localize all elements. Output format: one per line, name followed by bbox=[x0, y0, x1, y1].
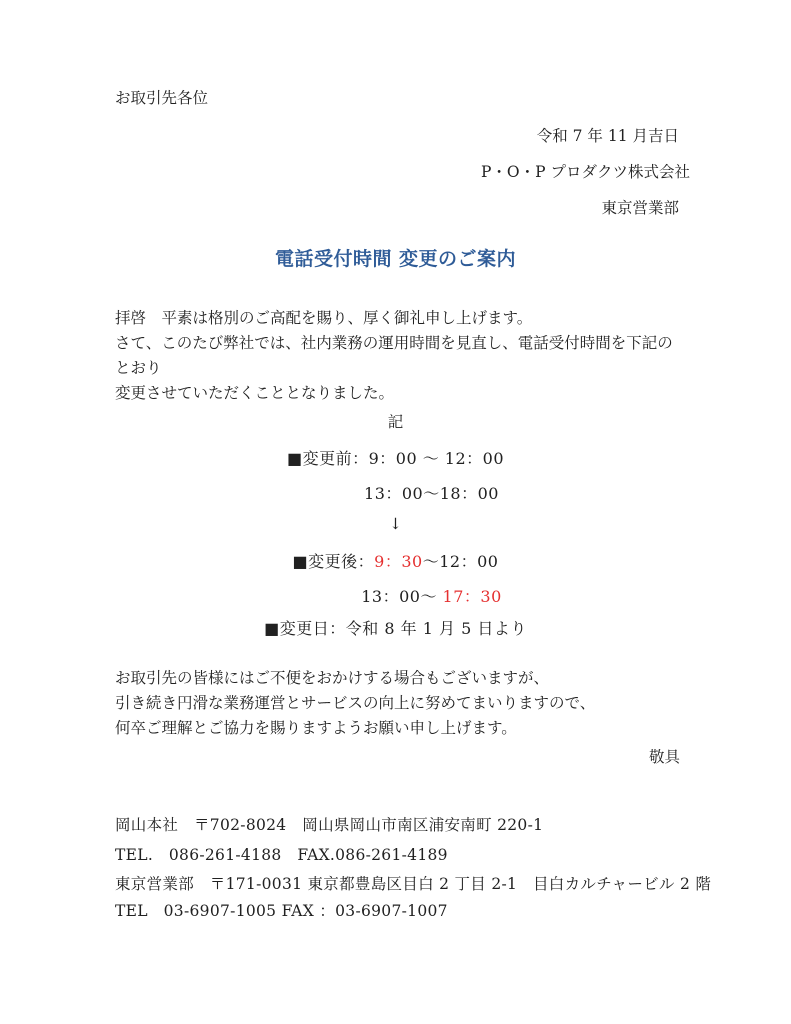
before-hours-line: ■変更前：9：00 ～ 12：00 bbox=[0, 449, 791, 470]
after-time-morning-rest: 〜12：00 bbox=[423, 552, 499, 571]
before-time-morning: 9：00 ～ 12：00 bbox=[369, 449, 504, 468]
document-page: お取引先各位 令和 7 年 11 月吉日 P・O・P プロダクツ株式会社 東京営… bbox=[0, 0, 791, 1024]
after-time-afternoon-line: 13：00〜 17：30 bbox=[36, 587, 791, 608]
after-time-afternoon-end: 17：30 bbox=[443, 587, 502, 606]
after-label: ■変更後： bbox=[293, 552, 375, 571]
after-hours-line: ■変更後：9：30〜12：00 bbox=[0, 552, 791, 573]
closing-paragraph: お取引先の皆様にはご不便をおかけする場合もございますが、 引き続き円滑な業務運営… bbox=[115, 666, 687, 741]
before-label: ■変更前： bbox=[287, 449, 369, 468]
company-name-line: P・O・P プロダクツ株式会社 bbox=[115, 162, 690, 182]
department-line: 東京営業部 bbox=[115, 198, 679, 218]
sign-off: 敬具 bbox=[115, 747, 680, 767]
after-time-afternoon-prefix: 13：00〜 bbox=[361, 587, 442, 606]
date-line: 令和 7 年 11 月吉日 bbox=[115, 126, 679, 146]
effective-date-line: ■変更日：令和 8 年 1 月 5 日より bbox=[0, 619, 791, 640]
tokyo-office-address: 東京営業部 〒171-0031 東京都豊島区目白 2 丁目 2-1 目白カルチャ… bbox=[115, 874, 687, 894]
record-mark: 記 bbox=[0, 412, 791, 432]
recipient-line: お取引先各位 bbox=[115, 88, 687, 108]
head-office-tel-fax: TEL. 086-261-4188 FAX.086-261-4189 bbox=[115, 845, 687, 865]
before-time-afternoon: 13：00〜18：00 bbox=[36, 484, 791, 505]
tokyo-office-tel-fax: TEL 03-6907-1005 FAX ：03-6907-1007 bbox=[115, 901, 687, 921]
head-office-address: 岡山本社 〒702-8024 岡山県岡山市南区浦安南町 220-1 bbox=[115, 815, 687, 835]
down-arrow-icon: ↓ bbox=[0, 514, 791, 534]
greeting-paragraph: 拝啓 平素は格別のご高配を賜り、厚く御礼申し上げます。 さて、このたび弊社では、… bbox=[115, 306, 687, 406]
after-time-morning-start: 9：30 bbox=[374, 552, 423, 571]
page-title: 電話受付時間 変更のご案内 bbox=[0, 247, 791, 272]
